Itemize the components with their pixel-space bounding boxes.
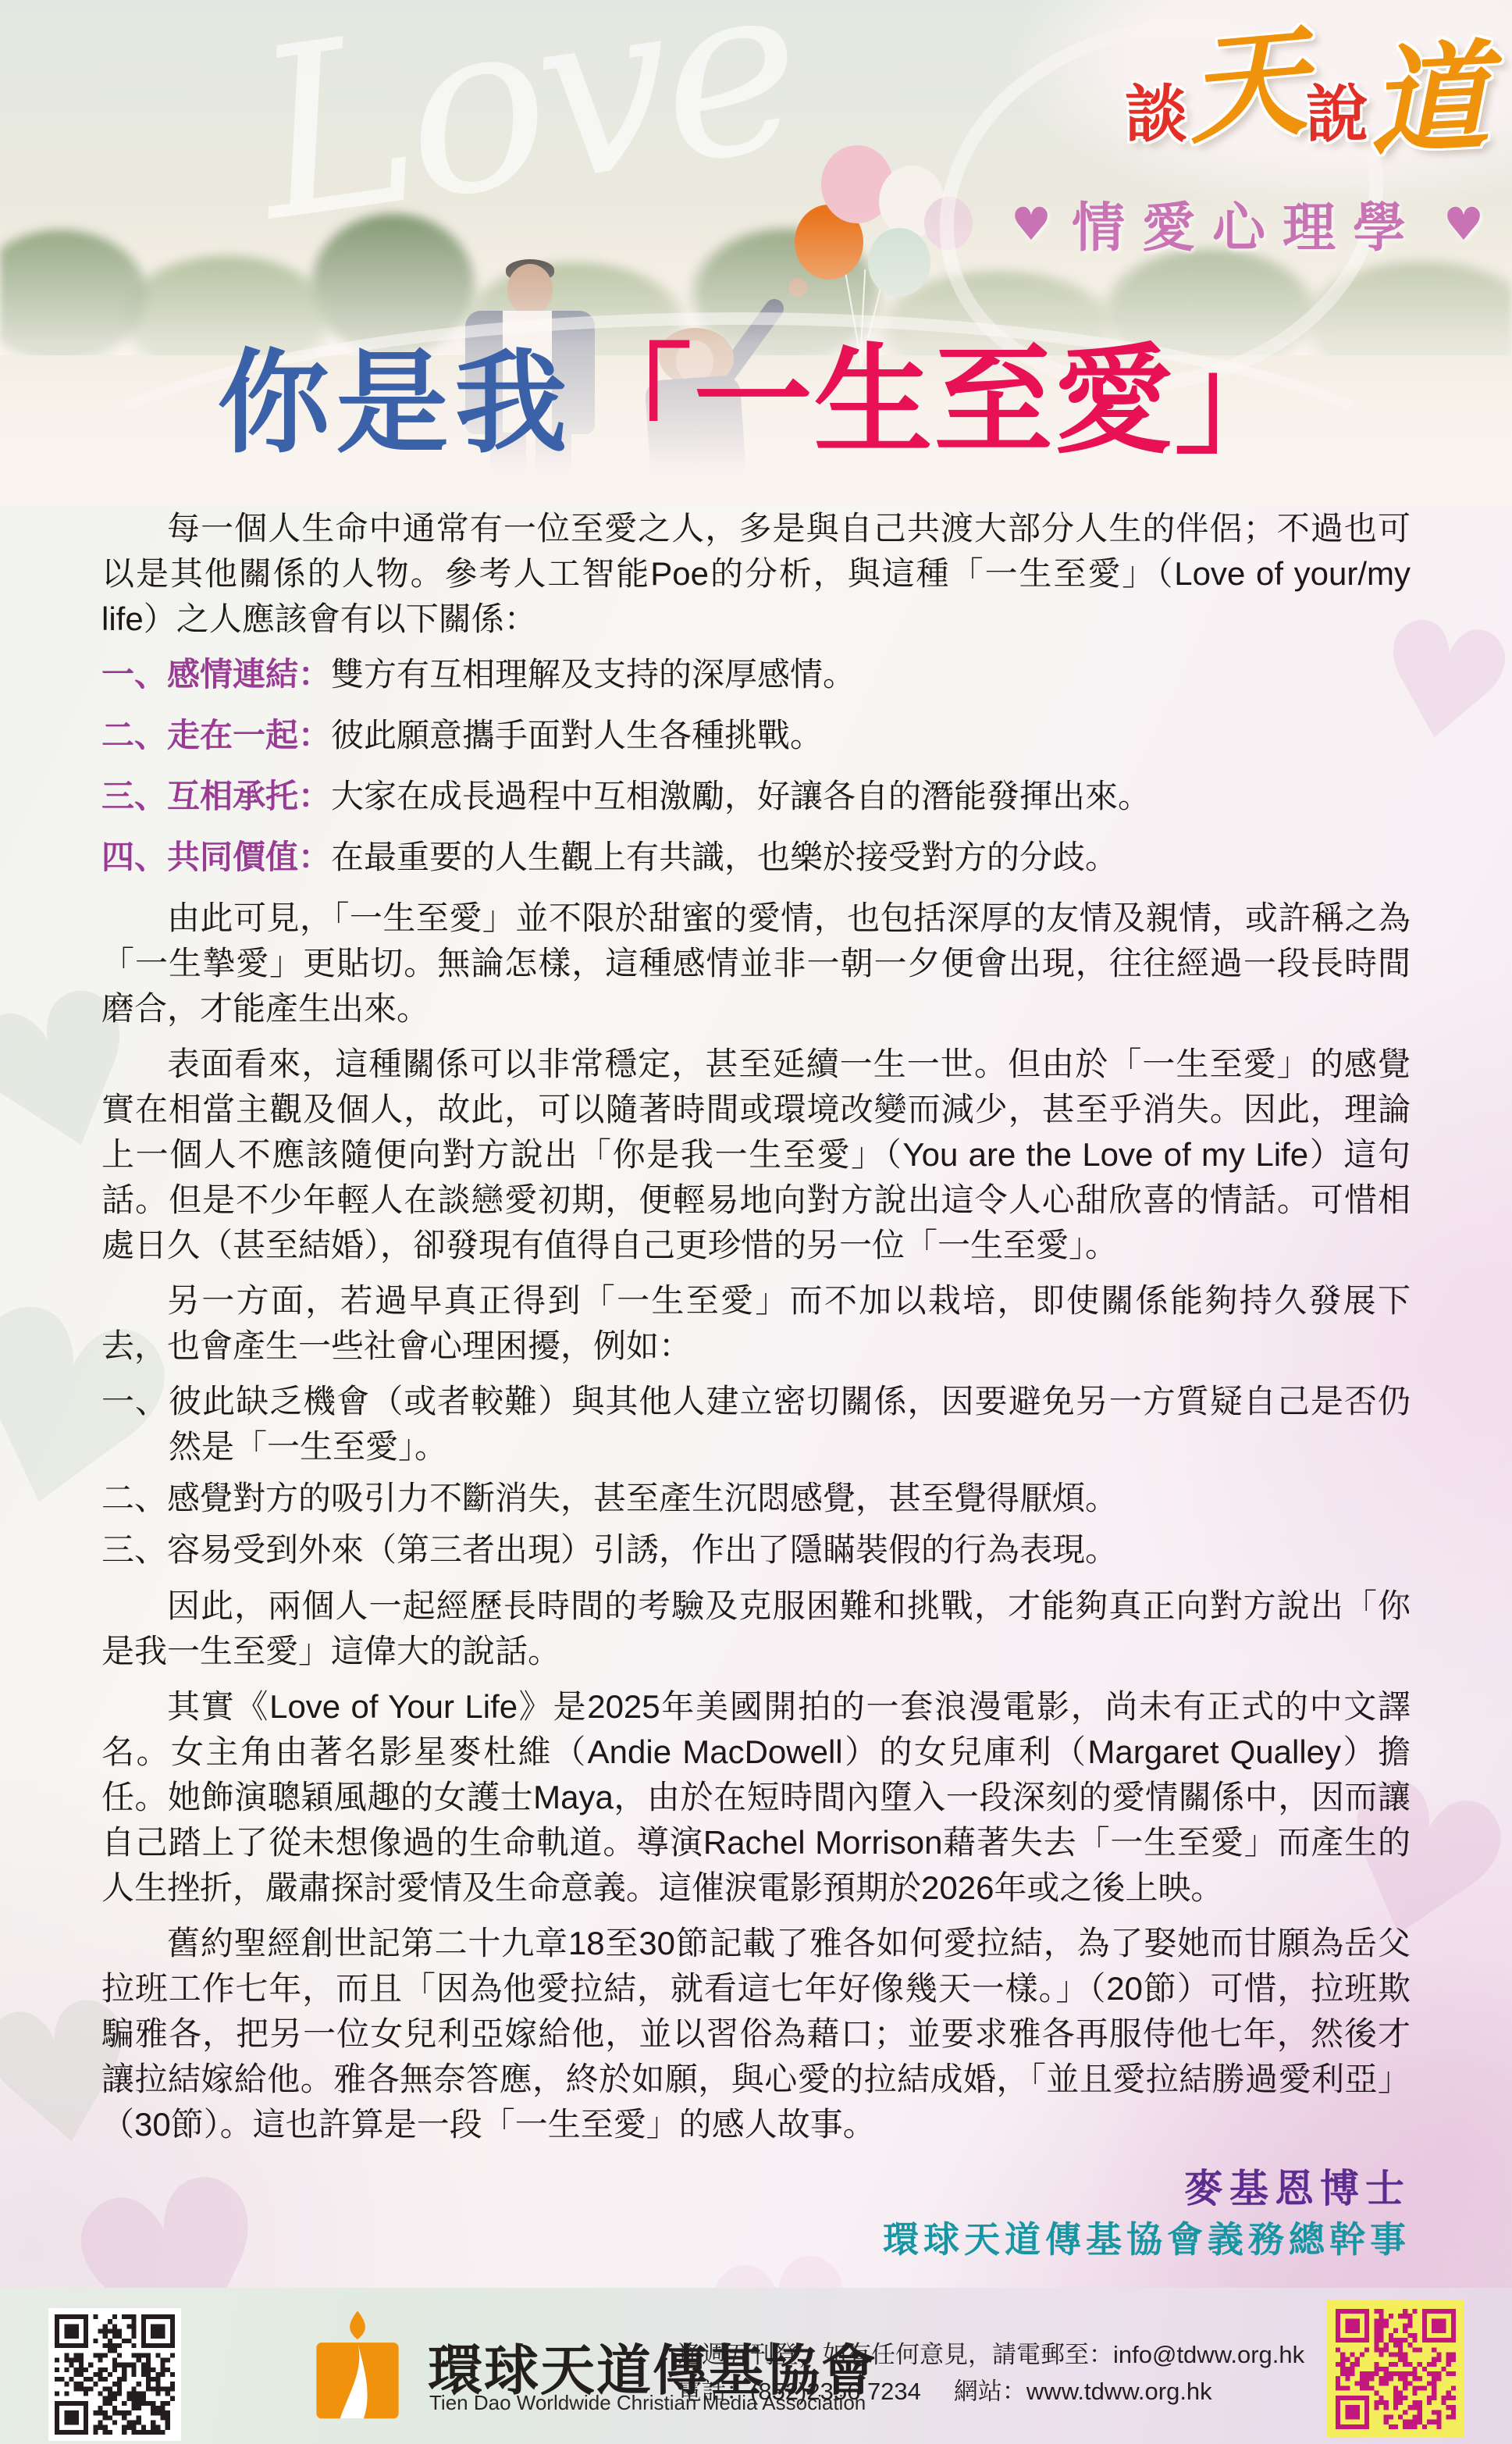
paragraph: 另一方面，若過早真正得到「一生至愛」而不加以栽培，即使關係能夠持久發展下去，也會… <box>101 1278 1411 1369</box>
list-item-text: 彼此願意攜手面對人生各種挑戰。 <box>331 717 823 754</box>
article-page: ♥ ♥ ♥ ♥ ♥ ♥ ♥ Love <box>0 0 1512 2444</box>
paragraph: 其實《Love of Your Life》是2025年美國開拍的一套浪漫電影，尚… <box>101 1684 1411 1911</box>
list-item: 二、感覺對方的吸引力不斷消失，甚至產生沉悶感覺，甚至覺得厭煩。 <box>101 1476 1411 1521</box>
masthead-char-tian: 天 <box>1183 23 1311 152</box>
qr-code-magenta <box>1327 2300 1464 2438</box>
masthead-logo: 談 天 說 道 <box>1125 28 1487 154</box>
list-item: 一、感情連結：雙方有互相理解及支持的深厚感情。 <box>101 652 1411 697</box>
title-pink-part: 「一生至愛」 <box>574 337 1295 468</box>
footer-band: 環球天道傳基協會 Tien Dao Worldwide Christian Me… <box>0 2288 1512 2444</box>
footer-contact: 逢週五刊登，如有任何意見，請電郵至：info@tdww.org.hk 電話：(8… <box>678 2336 1304 2410</box>
candle-icon <box>306 2310 409 2424</box>
paragraph: 由此可見，「一生至愛」並不限於甜蜜的愛情，也包括深厚的友情及親情，或許稱之為「一… <box>101 896 1411 1031</box>
list-item: 三、容易受到外來（第三者出現）引誘，作出了隱瞞裝假的行為表現。 <box>101 1527 1411 1573</box>
list-item: 三、互相承托：大家在成長過程中互相激勵，好讓各自的潛能發揮出來。 <box>101 774 1411 819</box>
list-item-text: 在最重要的人生觀上有共識，也樂於接受對方的分歧。 <box>331 839 1118 875</box>
list-item-text: 大家在成長過程中互相激勵，好讓各自的潛能發揮出來。 <box>331 778 1151 814</box>
heart-icon: ♥ <box>1443 198 1484 251</box>
list-item-label: 四、共同價值： <box>101 839 331 875</box>
list-item-label: 一、感情連結： <box>101 656 331 693</box>
column-title: 情愛心理學 <box>1072 186 1423 262</box>
page-title: 你是我「一生至愛」 <box>0 306 1512 476</box>
author-block: 麥基恩博士 環球天道傳基協會義務總幹事 <box>101 2166 1411 2263</box>
footer-line2: 電話：(852)2356 7234網站：www.tdww.org.hk <box>678 2373 1304 2410</box>
list-item: 四、共同價值：在最重要的人生觀上有共識，也樂於接受對方的分歧。 <box>101 835 1411 880</box>
footer-line1: 逢週五刊登，如有任何意見，請電郵至：info@tdww.org.hk <box>678 2336 1304 2373</box>
paragraph: 因此，兩個人一起經歷長時間的考驗及克服困難和挑戰，才能夠真正向對方說出「你是我一… <box>101 1584 1411 1674</box>
list-item-text: 雙方有互相理解及支持的深厚感情。 <box>331 656 856 693</box>
masthead-char-tan: 談 <box>1125 64 1187 154</box>
footer-phone: 電話：(852)2356 7234 <box>678 2378 921 2405</box>
list-item-label: 二、走在一起： <box>101 717 331 754</box>
footer-website: 網站：www.tdww.org.hk <box>954 2378 1212 2405</box>
heart-icon: ♥ <box>1011 198 1051 251</box>
list-item: 一、彼此缺乏機會（或者較難）與其他人建立密切關係，因要避免另一方質疑自己是否仍然… <box>101 1379 1411 1470</box>
paragraph: 每一個人生命中通常有一位至愛之人，多是與自己共渡大部分人生的伴侶；不過也可以是其… <box>101 506 1411 642</box>
list-item-label: 三、互相承托： <box>101 778 331 814</box>
paragraph: 表面看來，這種關係可以非常穩定，甚至延續一生一世。但由於「一生至愛」的感覺實在相… <box>101 1042 1411 1268</box>
masthead-char-dao: 道 <box>1366 39 1491 164</box>
qr-code-black <box>48 2308 181 2441</box>
column-header: ♥ 情愛心理學 ♥ <box>1011 186 1484 262</box>
paragraph: 舊約聖經創世記第二十九章18至30節記載了雅各如何愛拉結，為了娶她而甘願為岳父拉… <box>101 1921 1411 2147</box>
masthead-char-shuo: 說 <box>1306 64 1368 154</box>
title-blue-part: 你是我 <box>217 343 573 467</box>
author-name: 麥基恩博士 <box>101 2166 1411 2211</box>
list-item: 二、走在一起：彼此願意攜手面對人生各種挑戰。 <box>101 713 1411 758</box>
author-title: 環球天道傳基協會義務總幹事 <box>101 2218 1411 2263</box>
article-body: 每一個人生命中通常有一位至愛之人，多是與自己共渡大部分人生的伴侶；不過也可以是其… <box>101 506 1411 2263</box>
